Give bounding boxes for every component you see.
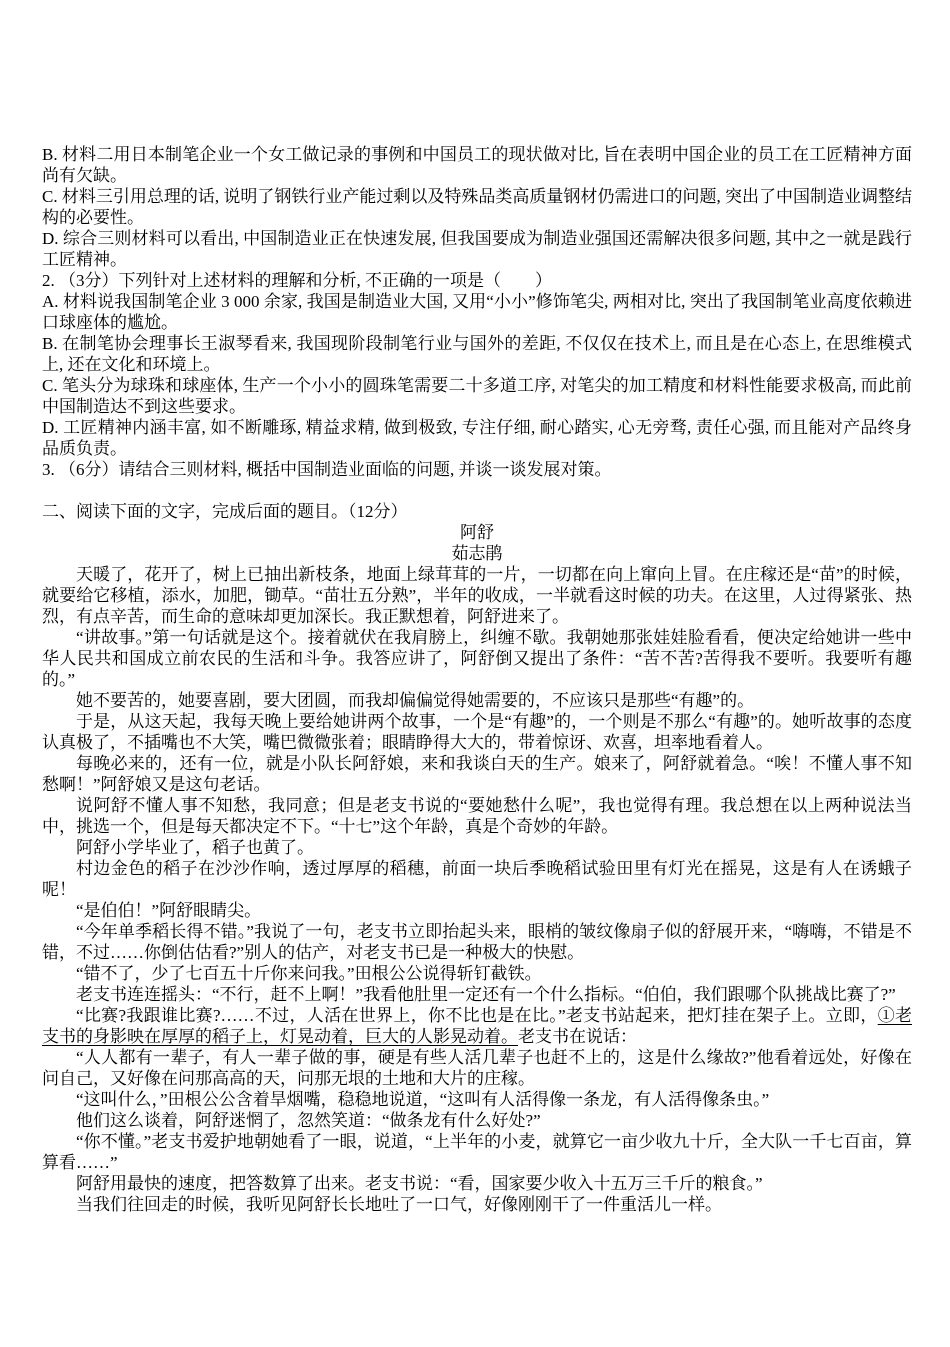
story-paragraph: 她不要苦的，她要喜剧，要大团圆，而我却偏偏觉得她需要的，不应该只是那些“有趣”的… bbox=[42, 690, 912, 711]
story-paragraph: “今年单季稻长得不错。”我说了一句，老支书立即抬起头来，眼梢的皱纹像扇子似的舒展… bbox=[42, 921, 912, 963]
q2-option-b: B. 在制笔协会理事长王淑琴看来, 我国现阶段制笔行业与国外的差距, 不仅仅在技… bbox=[42, 333, 912, 375]
story-paragraph: 阿舒用最快的速度，把答数算了出来。老支书说：“看，国家要少收入十五万三千斤的粮食… bbox=[42, 1173, 912, 1194]
story-paragraph: “讲故事。”第一句话就是这个。接着就伏在我肩膀上，纠缠不歇。我朝她那张娃娃脸看看… bbox=[42, 627, 912, 690]
story-paragraph: 于是，从这天起，我每天晚上要给她讲两个故事，一个是“有趣”的，一个则是不那么“有… bbox=[42, 711, 912, 753]
story-paragraph: 天暖了，花开了，树上已抽出新枝条，地面上绿茸茸的一片，一切都在向上窜向上冒。在庄… bbox=[42, 564, 912, 627]
story-paragraph: “是伯伯！”阿舒眼睛尖。 bbox=[42, 900, 912, 921]
story-paragraph: 每晚必来的，还有一位，就是小队长阿舒娘，来和我谈白天的生产。娘来了，阿舒就着急。… bbox=[42, 753, 912, 795]
exam-page: B. 材料二用日本制笔企业一个女工做记录的事例和中国员工的现状做对比, 旨在表明… bbox=[0, 0, 950, 1347]
q3-stem: 3. （6分）请结合三则材料, 概括中国制造业面临的问题, 并谈一谈发展对策。 bbox=[42, 459, 912, 480]
p13-post-text: 老支书在说话： bbox=[518, 1027, 637, 1046]
story-paragraph: “这叫什么，”田根公公含着旱烟嘴，稳稳地说道，“这叫有人活得像一条龙，有人活得像… bbox=[42, 1089, 912, 1110]
p13-pre-text: “比赛?我跟谁比赛?……不过，人活在世界上，你不比也是在比。”老支书站起来，把灯… bbox=[76, 1006, 878, 1025]
story-paragraph: 阿舒小学毕业了，稻子也黄了。 bbox=[42, 837, 912, 858]
story-paragraph: 老支书连连摇头：“不行，赶不上啊！”我看他肚里一定还有一个什么指标。“伯伯，我们… bbox=[42, 984, 912, 1005]
story-paragraph-with-underline: “比赛?我跟谁比赛?……不过，人活在世界上，你不比也是在比。”老支书站起来，把灯… bbox=[42, 1005, 912, 1047]
passage-title: 阿舒 bbox=[42, 522, 912, 543]
story-paragraph: “错不了，少了七百五十斤你来问我。”田根公公说得斩钉截铁。 bbox=[42, 963, 912, 984]
story-paragraph: 当我们往回走的时候，我听见阿舒长长地吐了一口气，好像刚刚干了一件重活儿一样。 bbox=[42, 1194, 912, 1215]
q1-option-d: D. 综合三则材料可以看出, 中国制造业正在快速发展, 但我国要成为制造业强国还… bbox=[42, 228, 912, 270]
story-paragraph: “人人都有一辈子，有人一辈子做的事，硬是有些人活几辈子也赶不上的，这是什么缘故?… bbox=[42, 1047, 912, 1089]
q2-option-d: D. 工匠精神内涵丰富, 如不断雕琢, 精益求精, 做到极致, 专注仔细, 耐心… bbox=[42, 417, 912, 459]
q2-option-c: C. 笔头分为球珠和球座体, 生产一个小小的圆珠笔需要二十多道工序, 对笔尖的加… bbox=[42, 375, 912, 417]
passage-author: 茹志鹃 bbox=[42, 543, 912, 564]
section2-heading: 二、阅读下面的文字，完成后面的题目。（12分） bbox=[42, 501, 912, 522]
q1-option-c: C. 材料三引用总理的话, 说明了钢铁行业产能过剩以及特殊品类高质量钢材仍需进口… bbox=[42, 186, 912, 228]
story-paragraph: 说阿舒不懂人事不知愁，我同意；但是老支书说的“要她愁什么呢”，我也觉得有理。我总… bbox=[42, 795, 912, 837]
q2-option-a: A. 材料说我国制笔企业 3 000 余家, 我国是制造业大国, 又用“小小”修… bbox=[42, 291, 912, 333]
story-paragraph: 他们这么谈着，阿舒迷惘了，忽然笑道：“做条龙有什么好处?” bbox=[42, 1110, 912, 1131]
q1-option-b: B. 材料二用日本制笔企业一个女工做记录的事例和中国员工的现状做对比, 旨在表明… bbox=[42, 144, 912, 186]
story-paragraph: 村边金色的稻子在沙沙作响，透过厚厚的稻穗，前面一块后季晚稻试验田里有灯光在摇晃，… bbox=[42, 858, 912, 900]
q2-stem: 2. （3分）下列针对上述材料的理解和分析, 不正确的一项是（ ） bbox=[42, 270, 912, 291]
story-paragraph: “你不懂。”老支书爱护地朝她看了一眼，说道，“上半年的小麦，就算它一亩少收九十斤… bbox=[42, 1131, 912, 1173]
